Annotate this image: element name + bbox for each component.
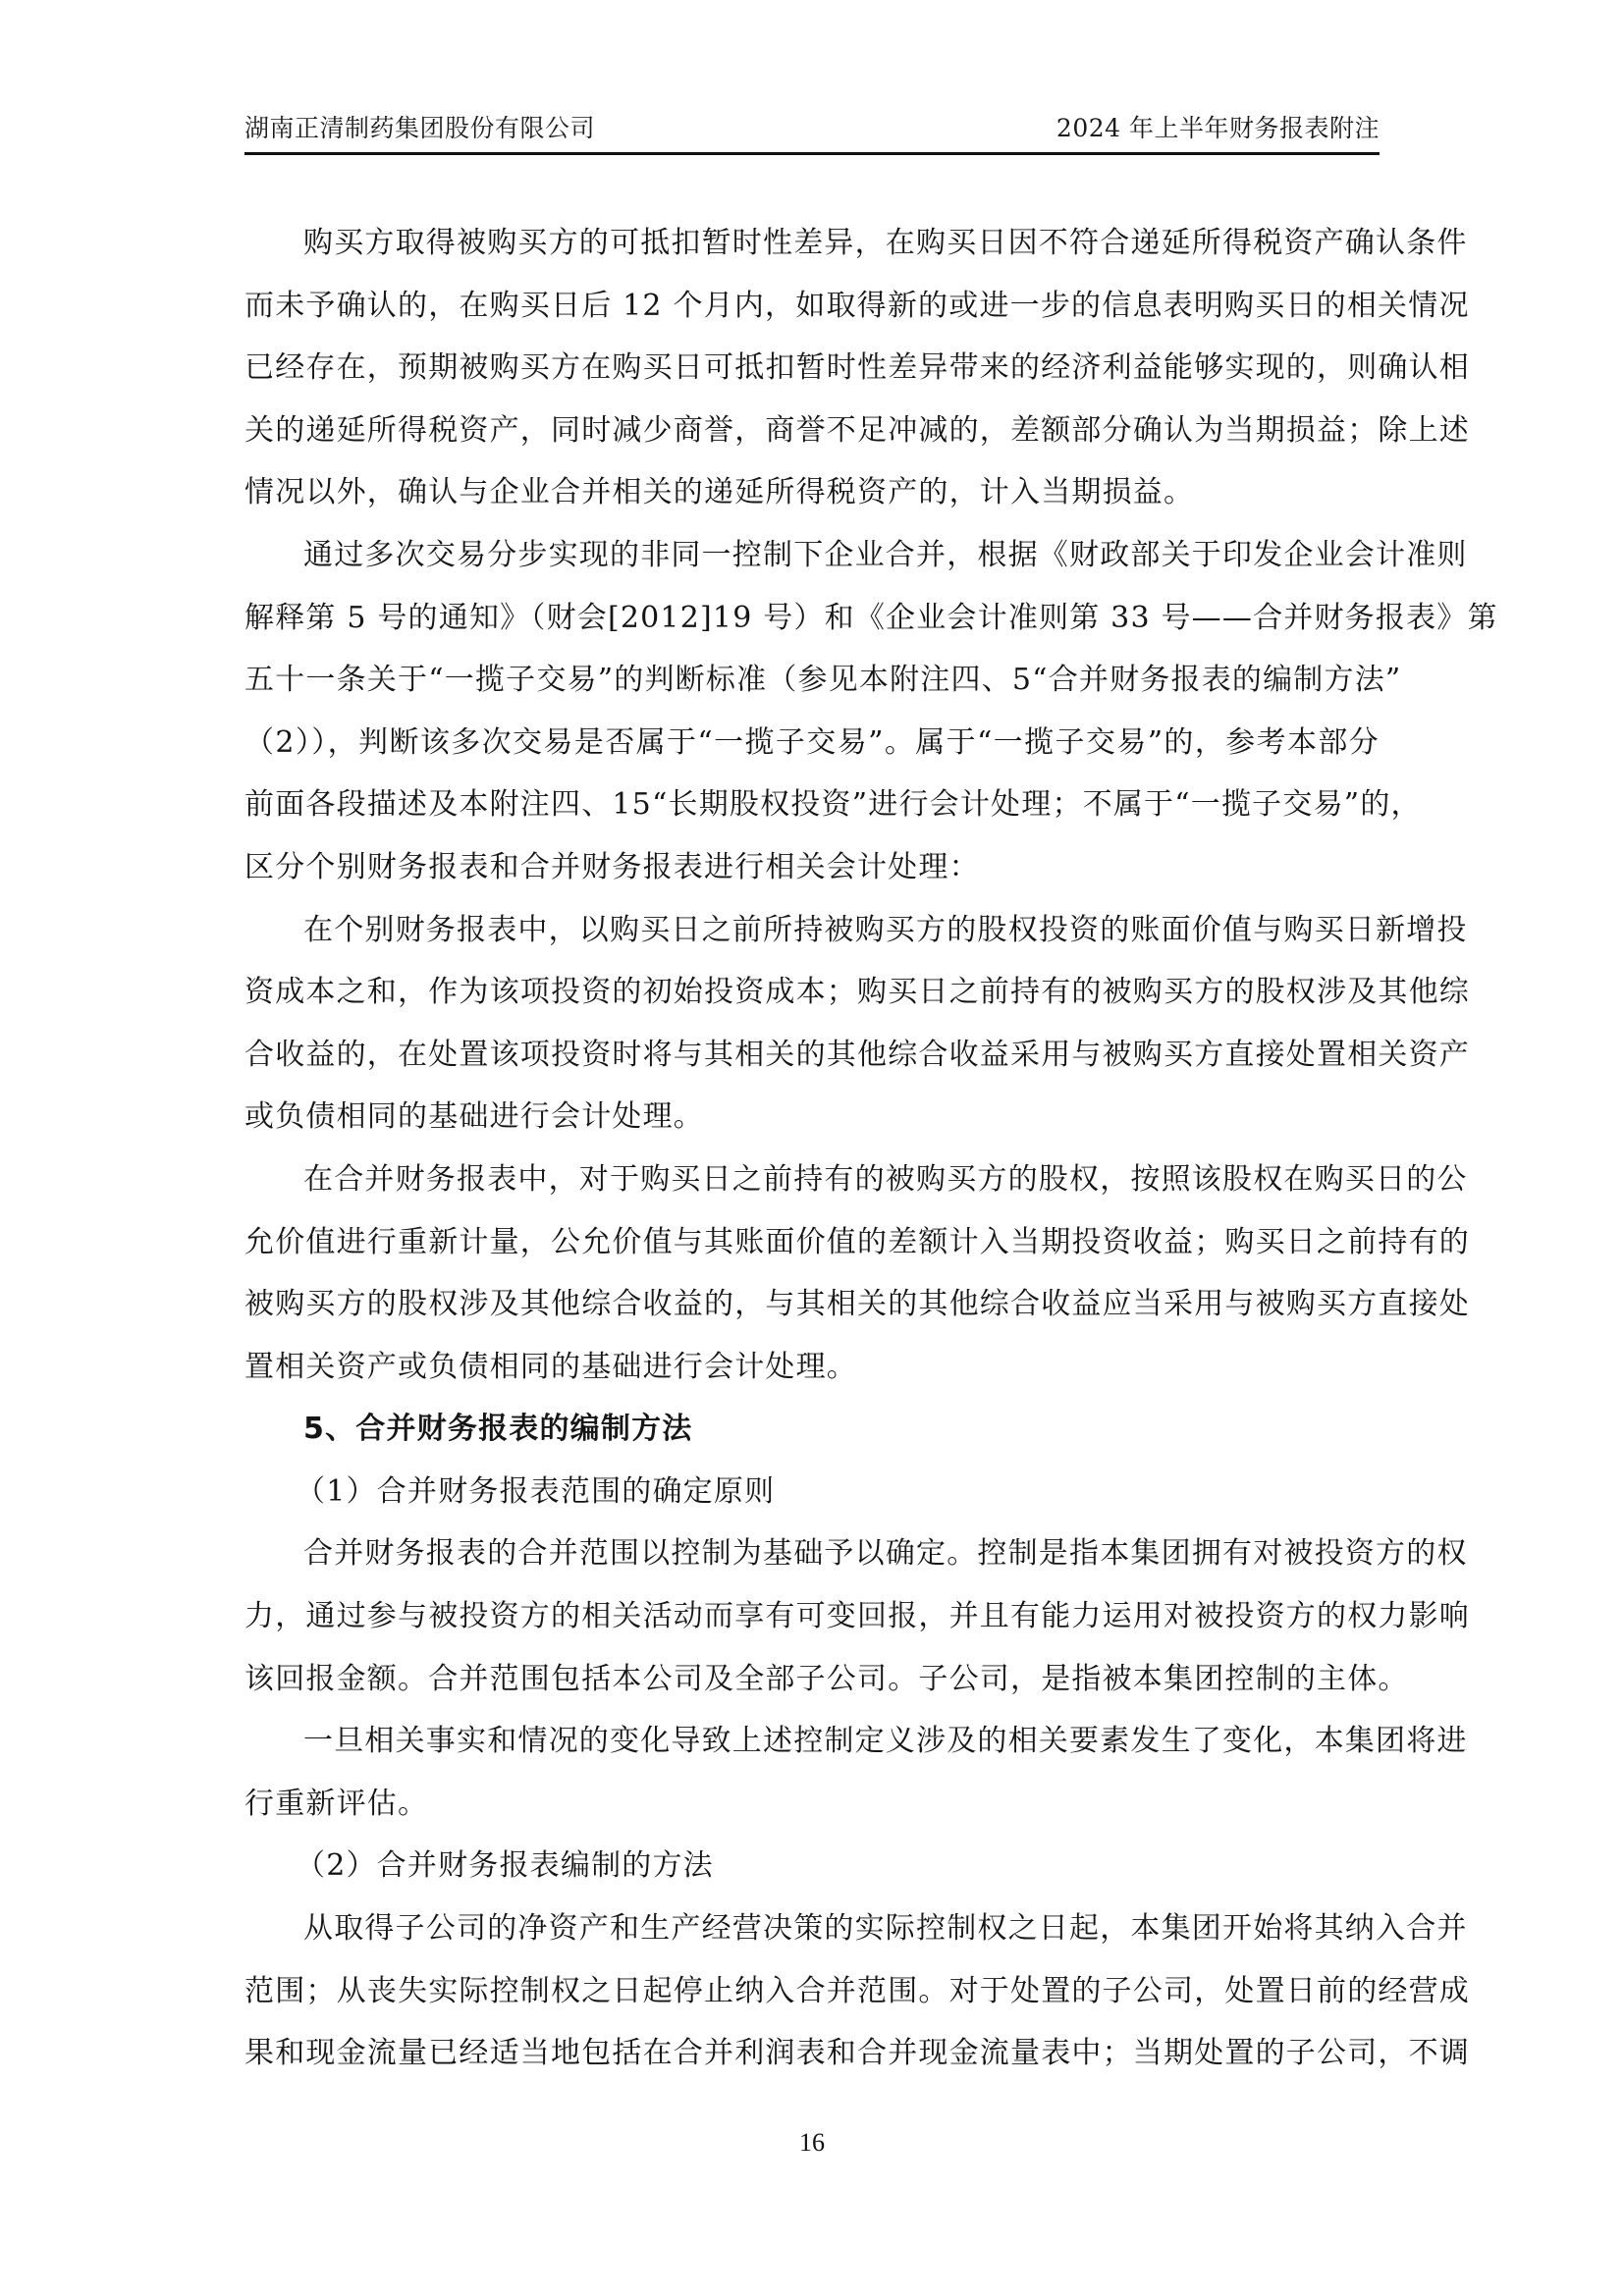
text-line: 果和现金流量已经适当地包括在合并利润表和合并现金流量表中；当期处置的子公司，不调	[244, 2030, 1380, 2093]
subsection-heading: （2）合并财务报表编制的方法	[244, 1842, 1380, 1905]
text-line: 力，通过参与被投资方的相关活动而享有可变回报，并且有能力运用对被投资方的权力影响	[244, 1593, 1380, 1656]
text-line: 合并财务报表的合并范围以控制为基础予以确定。控制是指本集团拥有对被投资方的权	[244, 1530, 1380, 1593]
text-line: 通过多次交易分步实现的非同一控制下企业合并，根据《财政部关于印发企业会计准则	[244, 532, 1380, 595]
text-line: 前面各段描述及本附注四、15“长期股权投资”进行会计处理；不属于“一揽子交易”的…	[244, 781, 1380, 844]
section-heading: 5、合并财务报表的编制方法	[244, 1406, 1380, 1468]
subsection-heading: （1）合并财务报表范围的确定原则	[244, 1468, 1380, 1531]
text-line: 范围；从丧失实际控制权之日起停止纳入合并范围。对于处置的子公司，处置日前的经营成	[244, 1968, 1380, 2031]
text-line: 区分个别财务报表和合并财务报表进行相关会计处理：	[244, 844, 1380, 907]
text-line: 或负债相同的基础进行会计处理。	[244, 1094, 1380, 1156]
text-line: 购买方取得被购买方的可抵扣暂时性差异，在购买日因不符合递延所得税资产确认条件	[244, 220, 1380, 283]
text-line: 已经存在，预期被购买方在购买日可抵扣暂时性差异带来的经济利益能够实现的，则确认相	[244, 345, 1380, 407]
text-line: 在合并财务报表中，对于购买日之前持有的被购买方的股权，按照该股权在购买日的公	[244, 1156, 1380, 1219]
text-line: 被购买方的股权涉及其他综合收益的，与其相关的其他综合收益应当采用与被购买方直接处	[244, 1281, 1380, 1344]
text-line: 五十一条关于“一揽子交易”的判断标准（参见本附注四、5“合并财务报表的编制方法”	[244, 657, 1380, 720]
document-body: 购买方取得被购买方的可抵扣暂时性差异，在购买日因不符合递延所得税资产确认条件而未…	[244, 220, 1380, 2093]
page-number: 16	[0, 2128, 1624, 2158]
company-name: 湖南正清制药集团股份有限公司	[244, 112, 595, 145]
report-title: 2024 年上半年财务报表附注	[1056, 112, 1380, 145]
document-page: 湖南正清制药集团股份有限公司 2024 年上半年财务报表附注 购买方取得被购买方…	[0, 0, 1624, 2296]
text-line: 资成本之和，作为该项投资的初始投资成本；购买日之前持有的被购买方的股权涉及其他综	[244, 969, 1380, 1032]
text-line: 行重新评估。	[244, 1781, 1380, 1843]
text-line: 从取得子公司的净资产和生产经营决策的实际控制权之日起，本集团开始将其纳入合并	[244, 1905, 1380, 1968]
text-line: 一旦相关事实和情况的变化导致上述控制定义涉及的相关要素发生了变化，本集团将进	[244, 1718, 1380, 1781]
text-line: 允价值进行重新计量，公允价值与其账面价值的差额计入当期投资收益；购买日之前持有的	[244, 1219, 1380, 1282]
text-line: 解释第 5 号的通知》（财会[2012]19 号）和《企业会计准则第 33 号—…	[244, 595, 1380, 658]
text-line: 情况以外，确认与企业合并相关的递延所得税资产的，计入当期损益。	[244, 469, 1380, 532]
text-line: 该回报金额。合并范围包括本公司及全部子公司。子公司，是指被本集团控制的主体。	[244, 1656, 1380, 1719]
page-header: 湖南正清制药集团股份有限公司 2024 年上半年财务报表附注	[244, 112, 1380, 151]
text-line: 置相关资产或负债相同的基础进行会计处理。	[244, 1344, 1380, 1407]
text-line: （2）），判断该多次交易是否属于“一揽子交易”。属于“一揽子交易”的，参考本部分	[244, 720, 1380, 782]
text-line: 合收益的，在处置该项投资时将与其相关的其他综合收益采用与被购买方直接处置相关资产	[244, 1032, 1380, 1095]
text-line: 关的递延所得税资产，同时减少商誉，商誉不足冲减的，差额部分确认为当期损益；除上述	[244, 407, 1380, 470]
text-line: 在个别财务报表中，以购买日之前所持被购买方的股权投资的账面价值与购买日新增投	[244, 907, 1380, 970]
header-divider	[244, 152, 1380, 155]
text-line: 而未予确认的，在购买日后 12 个月内，如取得新的或进一步的信息表明购买日的相关…	[244, 283, 1380, 346]
